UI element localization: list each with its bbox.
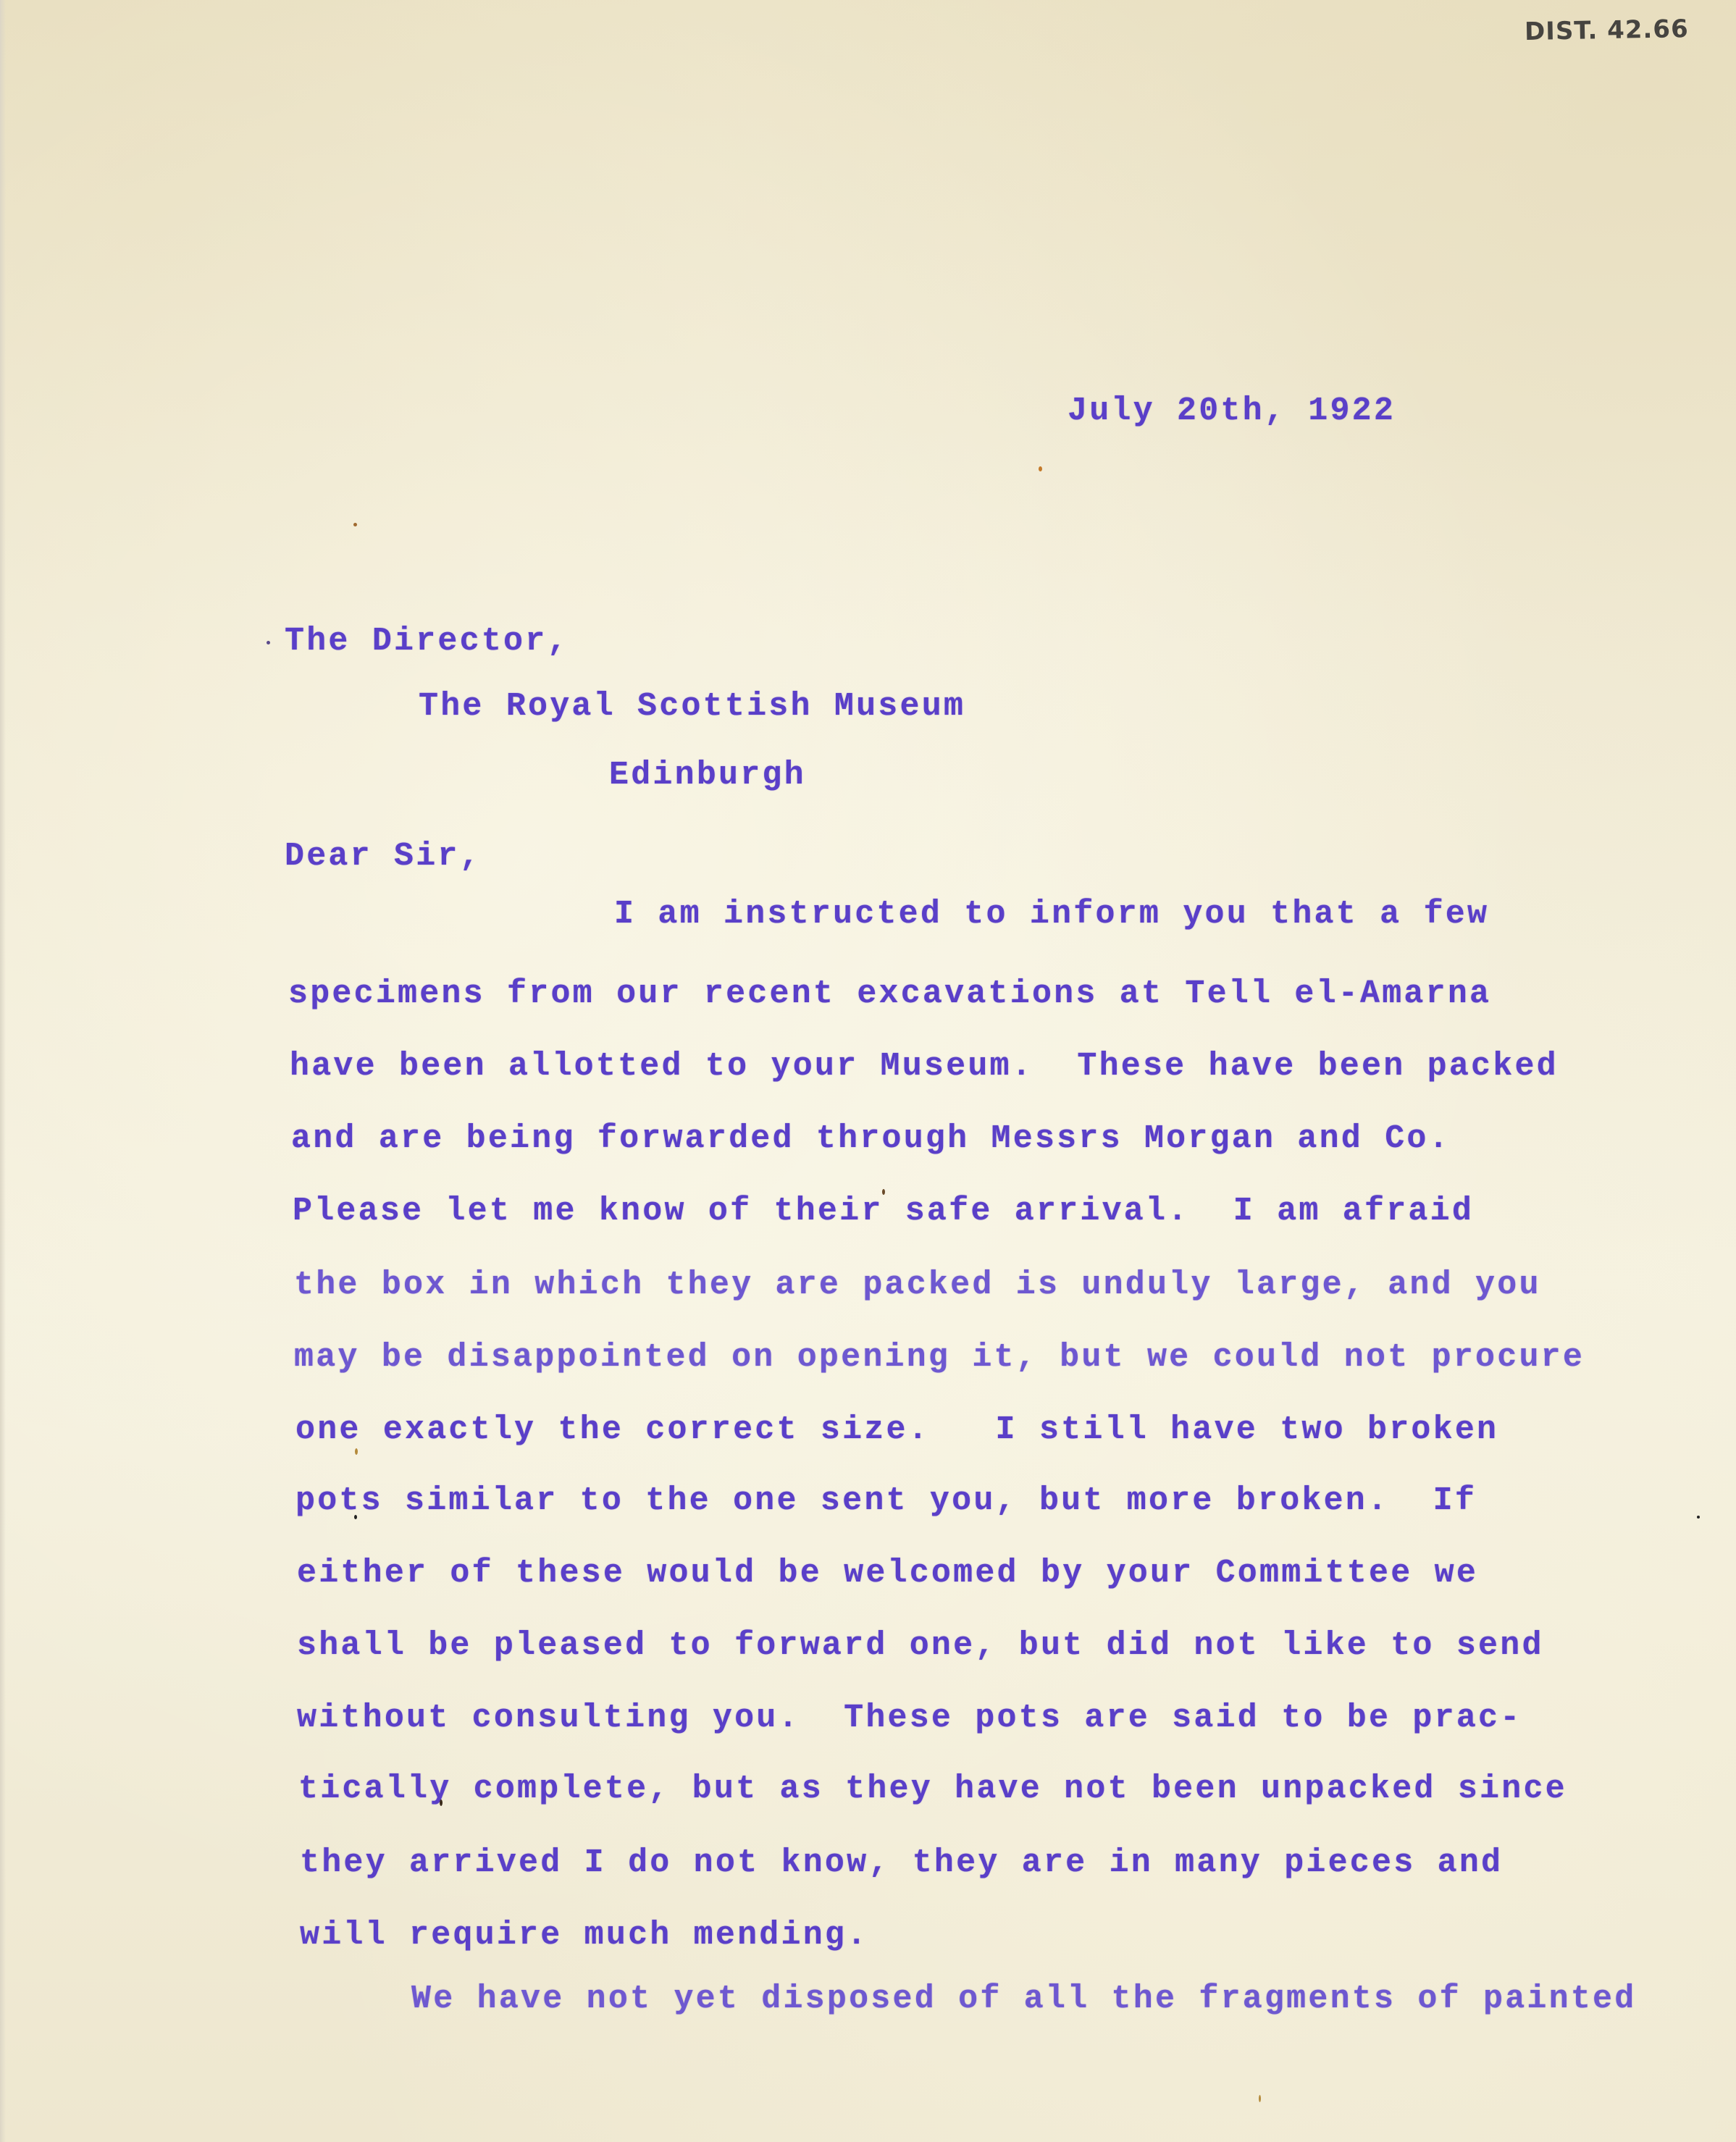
body-line: and are being forwarded through Messrs M…: [291, 1122, 1451, 1155]
letter-date: July 20th, 1922: [1068, 395, 1396, 427]
body-line: they arrived I do not know, they are in …: [300, 1847, 1503, 1879]
body-line: pots similar to the one sent you, but mo…: [295, 1484, 1477, 1517]
body-line: shall be pleased to forward one, but did…: [297, 1629, 1544, 1662]
body-line: We have not yet disposed of all the frag…: [411, 1983, 1636, 2015]
body-line: I am instructed to inform you that a few: [614, 898, 1489, 931]
recipient-line-3: Edinburgh: [609, 759, 806, 791]
body-line: have been allotted to your Museum. These…: [290, 1050, 1559, 1083]
recipient-line-1: The Director,: [285, 625, 569, 658]
body-line: will require much mending.: [300, 1919, 868, 1952]
salutation: Dear Sir,: [285, 840, 482, 873]
body-line: either of these would be welcomed by you…: [297, 1557, 1478, 1589]
body-line: without consulting you. These pots are s…: [297, 1702, 1522, 1734]
paper-edge: [0, 0, 6, 2142]
paper-speck: [1259, 2095, 1261, 2102]
body-line: one exactly the correct size. I still ha…: [295, 1414, 1498, 1446]
body-line: the box in which they are packed is undu…: [294, 1269, 1541, 1301]
body-line: tically complete, but as they have not b…: [298, 1773, 1567, 1805]
paper-speck: [354, 1515, 357, 1519]
paper-speck: [267, 641, 270, 644]
paper-speck: [355, 1448, 358, 1455]
body-line: may be disappointed on opening it, but w…: [294, 1341, 1585, 1374]
body-line: specimens from our recent excavations at…: [288, 978, 1491, 1010]
archive-reference: DIST. 42.66: [1525, 14, 1689, 46]
paper-speck: [882, 1189, 885, 1195]
body-line: Please let me know of their safe arrival…: [293, 1195, 1474, 1227]
paper-speck: [440, 1799, 443, 1806]
paper-speck: [353, 523, 357, 526]
paper-speck: [1039, 466, 1042, 471]
paper-speck: [1697, 1516, 1700, 1519]
recipient-line-2: The Royal Scottish Museum: [419, 690, 965, 723]
